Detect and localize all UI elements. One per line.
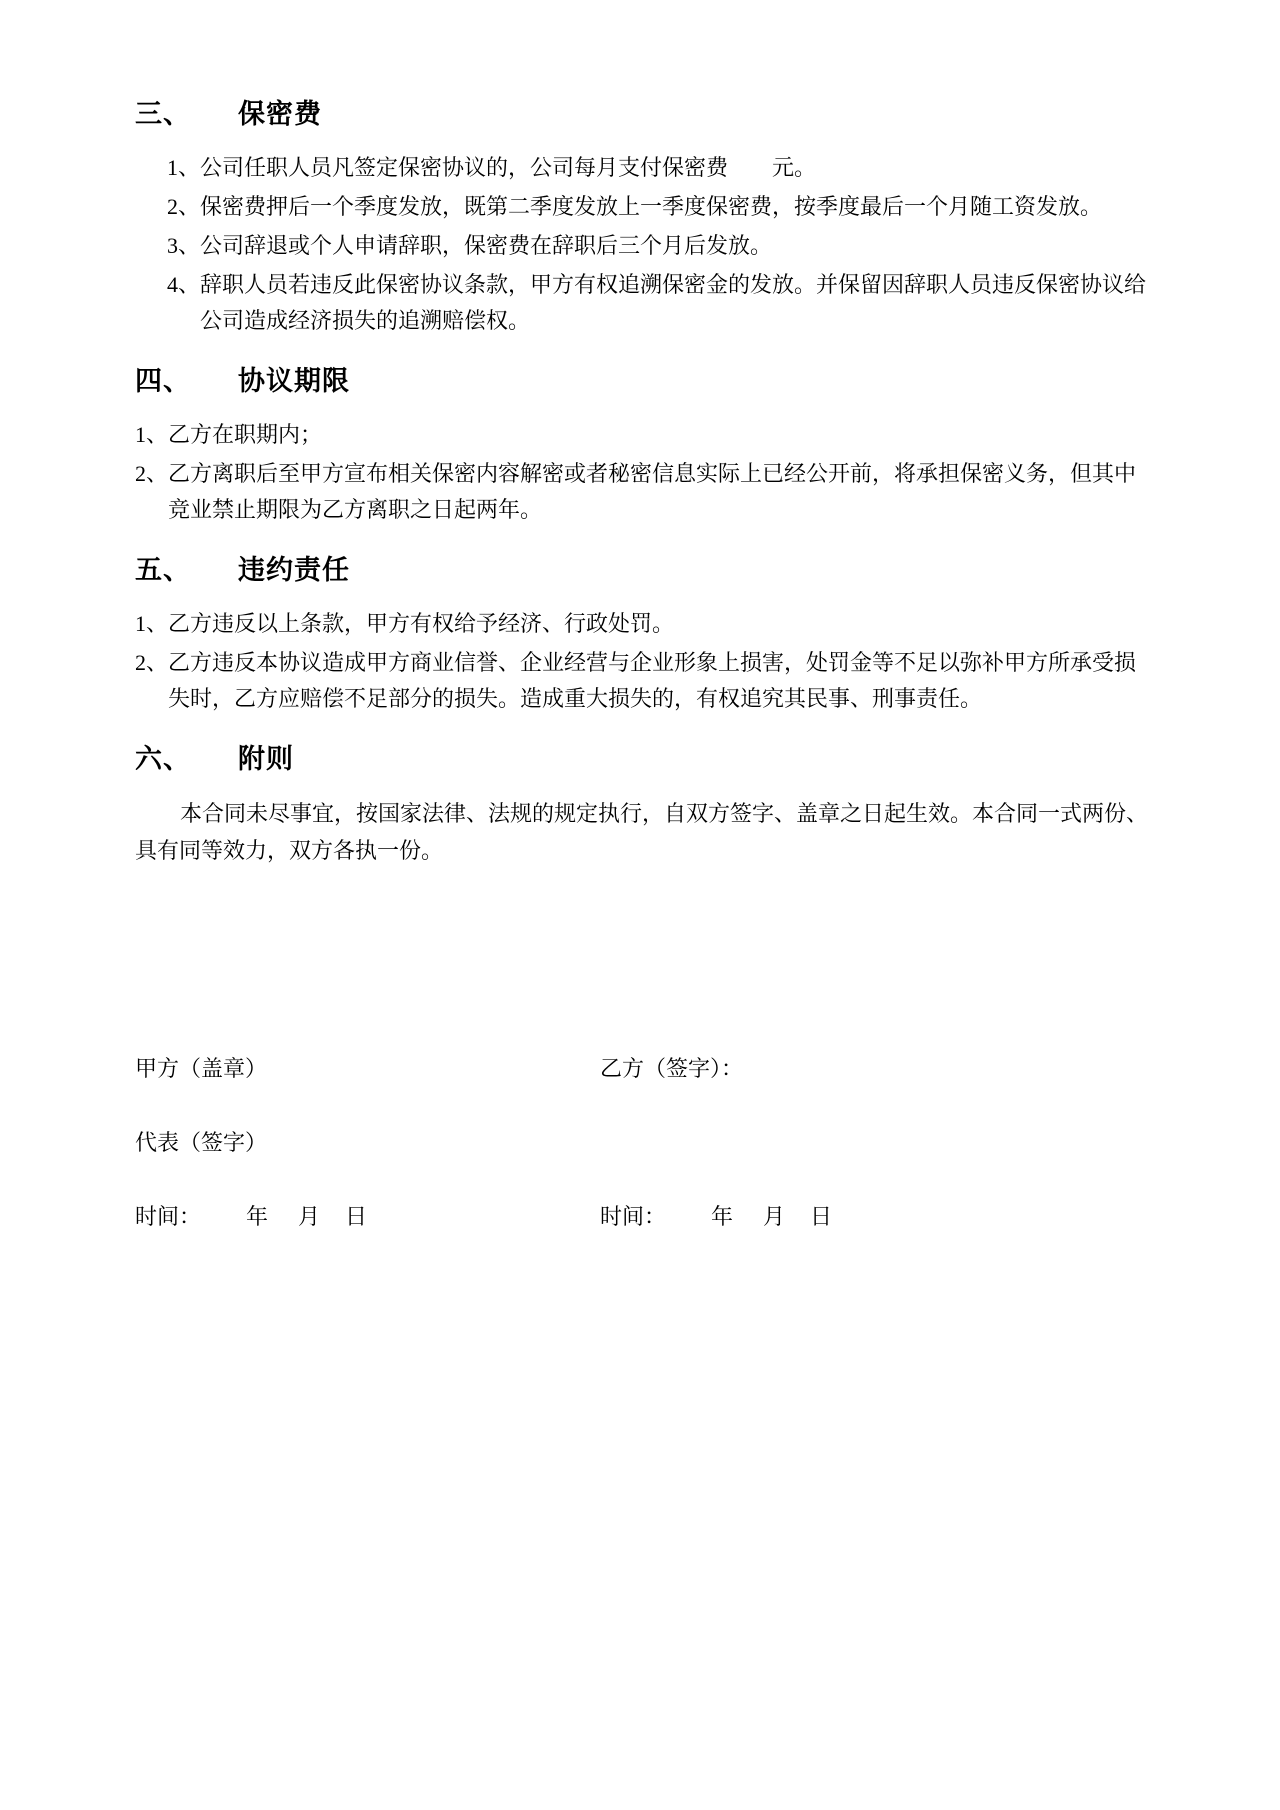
year-label: 年 [246, 1204, 268, 1229]
section-items-agreement-term: 1、乙方在职期内； 2、乙方离职后至甲方宣布相关保密内容解密或者秘密信息实际上已… [135, 417, 1150, 528]
section-title: 保密费 [238, 99, 322, 129]
list-item: 4、辞职人员若违反此保密协议条款，甲方有权追溯保密金的发放。并保留因辞职人员违反… [135, 267, 1150, 339]
section-heading-confidentiality-fee: 三、保密费 [135, 94, 1150, 134]
closing-paragraph: 本合同未尽事宜，按国家法律、法规的规定执行，自双方签字、盖章之日起生效。本合同一… [135, 795, 1150, 869]
contract-page: 三、保密费 1、公司任职人员凡签定保密协议的，公司每月支付保密费 元。 2、保密… [0, 0, 1280, 1810]
list-item: 3、公司辞退或个人申请辞职，保密费在辞职后三个月后发放。 [135, 228, 1150, 264]
list-item: 1、乙方在职期内； [135, 417, 1150, 453]
party-b-sign-label: 乙方（签字）： [600, 1054, 1150, 1084]
signature-row-parties: 甲方（盖章） 乙方（签字）： [135, 1054, 1150, 1084]
time-label: 时间： [135, 1204, 201, 1229]
section-number: 六、 [135, 739, 238, 779]
representative-sign-spacer [600, 1128, 1150, 1158]
signature-row-representative: 代表（签字） [135, 1128, 1150, 1158]
section-heading-supplementary: 六、附则 [135, 739, 1150, 779]
section-heading-breach-liability: 五、违约责任 [135, 550, 1150, 590]
list-item: 1、乙方违反以上条款，甲方有权给予经济、行政处罚。 [135, 606, 1150, 642]
day-label: 日 [345, 1204, 367, 1229]
representative-sign-label: 代表（签字） [135, 1128, 600, 1158]
month-label: 月 [298, 1204, 320, 1229]
section-number: 五、 [135, 550, 238, 590]
section-items-confidentiality-fee: 1、公司任职人员凡签定保密协议的，公司每月支付保密费 元。 2、保密费押后一个季… [135, 150, 1150, 339]
section-title: 附则 [238, 744, 294, 774]
party-b-date-line: 时间：年月日 [600, 1202, 1150, 1232]
section-title: 违约责任 [238, 555, 350, 585]
list-item: 1、公司任职人员凡签定保密协议的，公司每月支付保密费 元。 [135, 150, 1150, 186]
section-number: 三、 [135, 94, 238, 134]
party-a-date-line: 时间：年月日 [135, 1202, 600, 1232]
year-label: 年 [711, 1204, 733, 1229]
list-item: 2、保密费押后一个季度发放，既第二季度发放上一季度保密费，按季度最后一个月随工资… [135, 189, 1150, 225]
signature-block: 甲方（盖章） 乙方（签字）： 代表（签字） 时间：年月日 时间：年月日 [135, 1054, 1150, 1232]
section-items-breach-liability: 1、乙方违反以上条款，甲方有权给予经济、行政处罚。 2、乙方违反本协议造成甲方商… [135, 606, 1150, 717]
list-item: 2、乙方违反本协议造成甲方商业信誉、企业经营与企业形象上损害，处罚金等不足以弥补… [135, 645, 1150, 717]
section-heading-agreement-term: 四、协议期限 [135, 361, 1150, 401]
signature-row-dates: 时间：年月日 时间：年月日 [135, 1202, 1150, 1232]
section-title: 协议期限 [238, 366, 350, 396]
month-label: 月 [763, 1204, 785, 1229]
day-label: 日 [810, 1204, 832, 1229]
contract-content: 三、保密费 1、公司任职人员凡签定保密协议的，公司每月支付保密费 元。 2、保密… [0, 0, 1280, 1232]
list-item: 2、乙方离职后至甲方宣布相关保密内容解密或者秘密信息实际上已经公开前，将承担保密… [135, 456, 1150, 528]
section-number: 四、 [135, 361, 238, 401]
party-a-seal-label: 甲方（盖章） [135, 1054, 600, 1084]
time-label: 时间： [600, 1204, 666, 1229]
